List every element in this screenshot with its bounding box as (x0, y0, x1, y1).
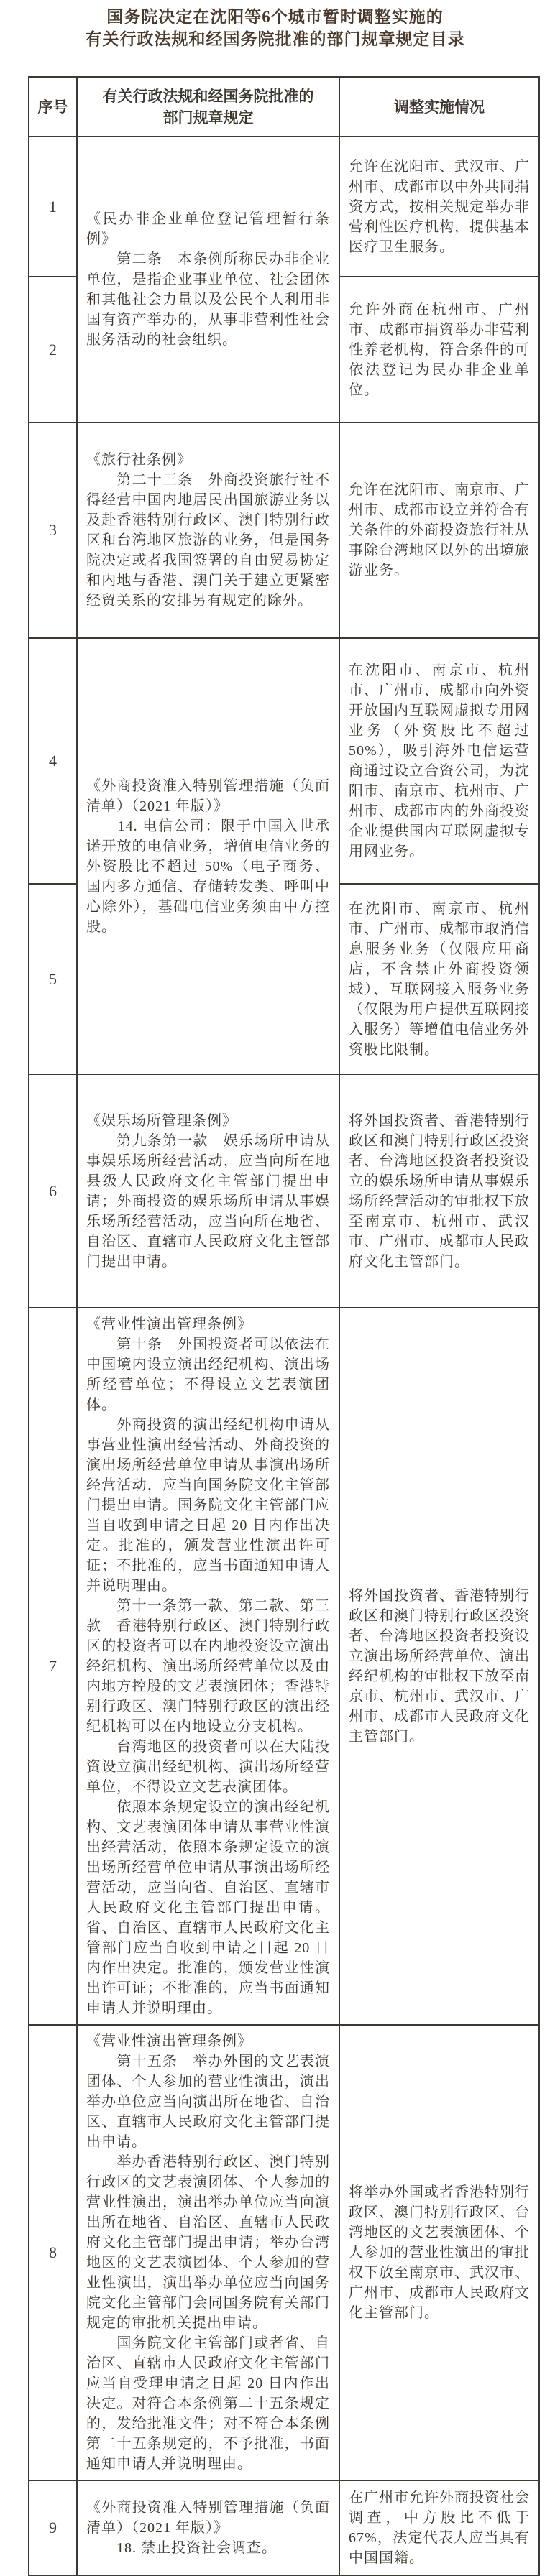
seq-cell: 6 (29, 1074, 77, 1308)
table-row: 9 《外商投资准入特别管理措施（负面清单）（2021 年版）》 18. 禁止投资… (29, 2480, 539, 2575)
adjustment-cell: 将外国投资者、香港特别行政区和澳门特别行政区投资者、台湾地区投资者投资设立的娱乐… (339, 1074, 539, 1308)
table-row: 6 《娱乐场所管理条例》 第九条第一款 娱乐场所申请从事娱乐场所经营活动，应当向… (29, 1074, 539, 1308)
table-row: 1 《民办非企业单位登记管理暂行条例》 第二条 本条例所称民办非企业单位，是指企… (29, 137, 539, 277)
adjustment-cell: 在广州市允许外商投资社会调查，中方股比不低于 67%，法定代表人应当具有中国国籍… (339, 2480, 539, 2575)
table-row: 7 《营业性演出管理条例》 第十条 外国投资者可以依法在中国境内设立演出经纪机构… (29, 1308, 539, 2025)
adjustment-cell: 允许在沈阳市、武汉市、广州市、成都市以中外共同捐资方式，按相关规定举办非营利性医… (339, 137, 539, 277)
header-seq: 序号 (29, 77, 77, 137)
title-table-spacer (0, 50, 550, 76)
document-page: 国务院决定在沈阳等6个城市暂时调整实施的 有关行政法规和经国务院批准的部门规章规… (0, 0, 550, 2576)
table-row: 8 《营业性演出管理条例》 第十五条 举办外国的文艺表演团体、个人参加的营业性演… (29, 2025, 539, 2480)
regulation-cell: 《外商投资准入特别管理措施（负面清单）（2021 年版）》 18. 禁止投资社会… (77, 2480, 339, 2575)
table-header-row: 序号 有关行政法规和经国务院批准的 部门规章规定 调整实施情况 (29, 77, 539, 137)
adjustment-cell: 将举办外国或者香港特别行政区、澳门特别行政区、台湾地区的文艺表演团体、个人参加的… (339, 2025, 539, 2480)
header-adjustment: 调整实施情况 (339, 77, 539, 137)
table-row: 4 《外商投资准入特别管理措施（负面清单）（2021 年版）》 14. 电信公司… (29, 638, 539, 884)
seq-cell: 3 (29, 423, 77, 638)
header-regulation: 有关行政法规和经国务院批准的 部门规章规定 (77, 77, 339, 137)
regulation-cell: 《营业性演出管理条例》 第十条 外国投资者可以依法在中国境内设立演出经纪机构、演… (77, 1308, 339, 2025)
seq-cell: 4 (29, 638, 77, 884)
regulation-cell: 《娱乐场所管理条例》 第九条第一款 娱乐场所申请从事娱乐场所经营活动，应当向所在… (77, 1074, 339, 1308)
document-title-line1: 国务院决定在沈阳等6个城市暂时调整实施的 (0, 6, 550, 28)
adjustment-cell: 允许外商在杭州市、广州市、成都市捐资举办非营利性养老机构，符合条件的可依法登记为… (339, 277, 539, 423)
seq-cell: 9 (29, 2480, 77, 2575)
seq-cell: 8 (29, 2025, 77, 2480)
seq-cell: 2 (29, 277, 77, 423)
table-row: 3 《旅行社条例》 第二十三条 外商投资旅行社不得经营中国内地居民出国旅游业务以… (29, 423, 539, 638)
regulation-cell: 《旅行社条例》 第二十三条 外商投资旅行社不得经营中国内地居民出国旅游业务以及赴… (77, 423, 339, 638)
regulation-cell: 《民办非企业单位登记管理暂行条例》 第二条 本条例所称民办非企业单位，是指企业事… (77, 137, 339, 423)
seq-cell: 7 (29, 1308, 77, 2025)
seq-cell: 5 (29, 884, 77, 1074)
adjustment-cell: 在沈阳市、南京市、杭州市、广州市、成都市向外资开放国内互联网虚拟专用网业务（外资… (339, 638, 539, 884)
adjustment-cell: 将外国投资者、香港特别行政区和澳门特别行政区投资者、台湾地区投资者投资设立演出场… (339, 1308, 539, 2025)
adjustment-cell: 在沈阳市、南京市、杭州市、广州市、成都市取消信息服务业务（仅限应用商店，不含禁止… (339, 884, 539, 1074)
regulation-cell: 《营业性演出管理条例》 第十五条 举办外国的文艺表演团体、个人参加的营业性演出，… (77, 2025, 339, 2480)
seq-cell: 1 (29, 137, 77, 277)
document-title: 国务院决定在沈阳等6个城市暂时调整实施的 有关行政法规和经国务院批准的部门规章规… (0, 6, 550, 50)
adjustment-cell: 允许在沈阳市、南京市、广州市、成都市设立并符合有关条件的外商投资旅行社从事除台湾… (339, 423, 539, 638)
regulation-cell: 《外商投资准入特别管理措施（负面清单）（2021 年版）》 14. 电信公司：限… (77, 638, 339, 1074)
regulations-table: 序号 有关行政法规和经国务院批准的 部门规章规定 调整实施情况 1 《民办非企业… (28, 76, 540, 2576)
document-title-line2: 有关行政法规和经国务院批准的部门规章规定目录 (0, 28, 550, 50)
